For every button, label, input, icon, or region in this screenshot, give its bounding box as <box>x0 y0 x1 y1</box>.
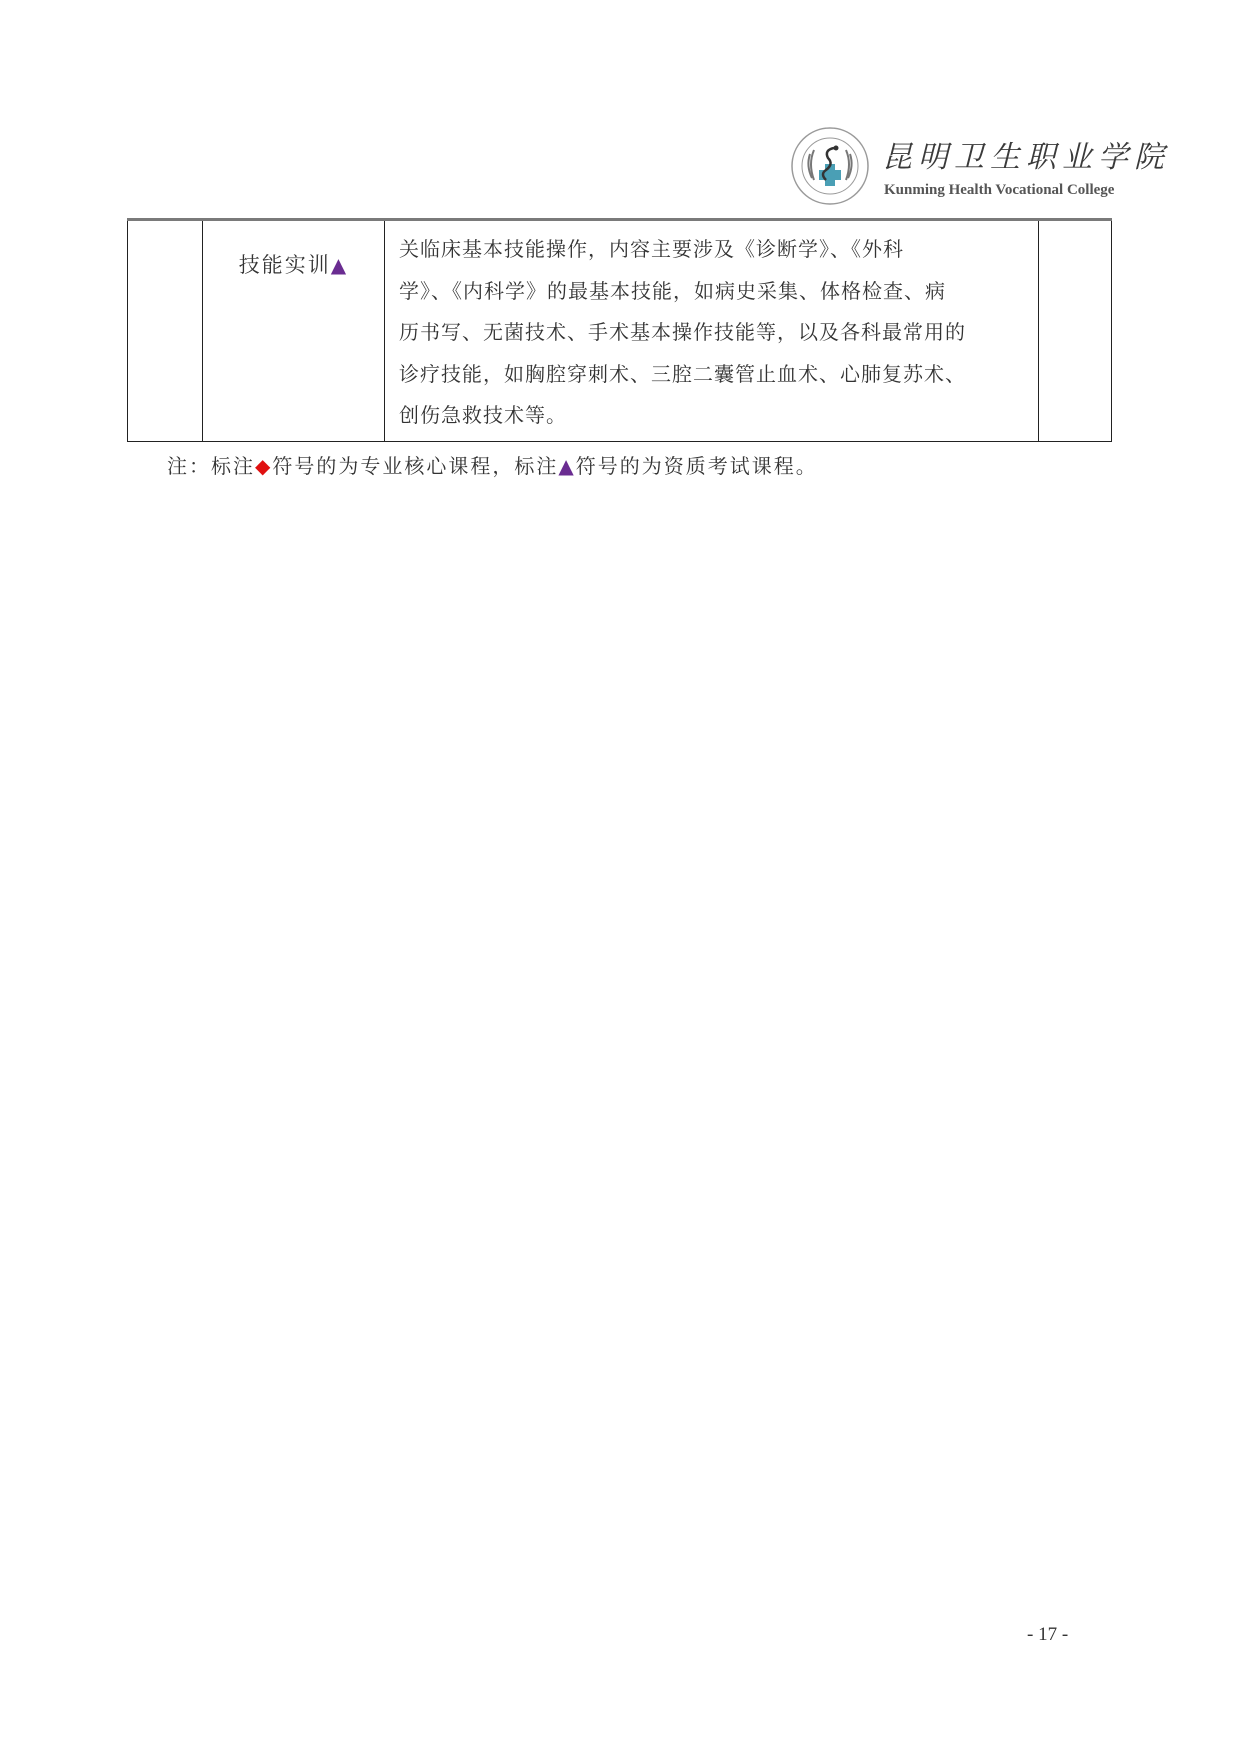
description-line: 创伤急救技术等。 <box>399 395 1028 437</box>
core-course-diamond-icon: ◆ <box>255 454 272 478</box>
table-cell-category <box>128 220 203 442</box>
qualification-exam-triangle-icon: ▲ <box>558 454 575 478</box>
qualification-exam-triangle-icon: ▲ <box>331 253 348 277</box>
college-emblem-icon <box>790 126 870 206</box>
brand-english-name: Kunming Health Vocational College <box>884 182 1114 199</box>
table-cell-description: 关临床基本技能操作，内容主要涉及《诊断学》、《外科 学》、《内科学》的最基本技能… <box>385 220 1039 442</box>
course-table: 技能实训▲ 关临床基本技能操作，内容主要涉及《诊断学》、《外科 学》、《内科学》… <box>127 218 1112 442</box>
note-suffix: 符号的为资质考试课程。 <box>576 454 818 478</box>
table-row: 技能实训▲ 关临床基本技能操作，内容主要涉及《诊断学》、《外科 学》、《内科学》… <box>128 220 1112 442</box>
course-name: 技能实训 <box>239 253 331 277</box>
note-prefix: 注：标注 <box>167 454 255 478</box>
table-cell-extra <box>1039 220 1112 442</box>
brand-chinese-name: 昆明卫生职业学院 <box>882 132 1170 176</box>
description-line: 学》、《内科学》的最基本技能，如病史采集、体格检查、病 <box>399 271 1028 313</box>
course-name-wrapper: 技能实训▲ <box>203 221 384 279</box>
page-number: - 17 - <box>1027 1624 1068 1646</box>
footnote: 注：标注◆符号的为专业核心课程，标注▲符号的为资质考试课程。 <box>167 450 818 479</box>
description-line: 历书写、无菌技术、手术基本操作技能等，以及各科最常用的 <box>399 312 1028 354</box>
note-middle: 符号的为专业核心课程，标注 <box>272 454 558 478</box>
description-line: 关临床基本技能操作，内容主要涉及《诊断学》、《外科 <box>399 229 1028 271</box>
course-description: 关临床基本技能操作，内容主要涉及《诊断学》、《外科 学》、《内科学》的最基本技能… <box>385 221 1038 441</box>
college-logo-header: 昆明卫生职业学院 Kunming Health Vocational Colle… <box>790 126 1150 210</box>
description-line: 诊疗技能，如胸腔穿刺术、三腔二囊管止血术、心肺复苏术、 <box>399 354 1028 396</box>
table-cell-course-name: 技能实训▲ <box>203 220 385 442</box>
